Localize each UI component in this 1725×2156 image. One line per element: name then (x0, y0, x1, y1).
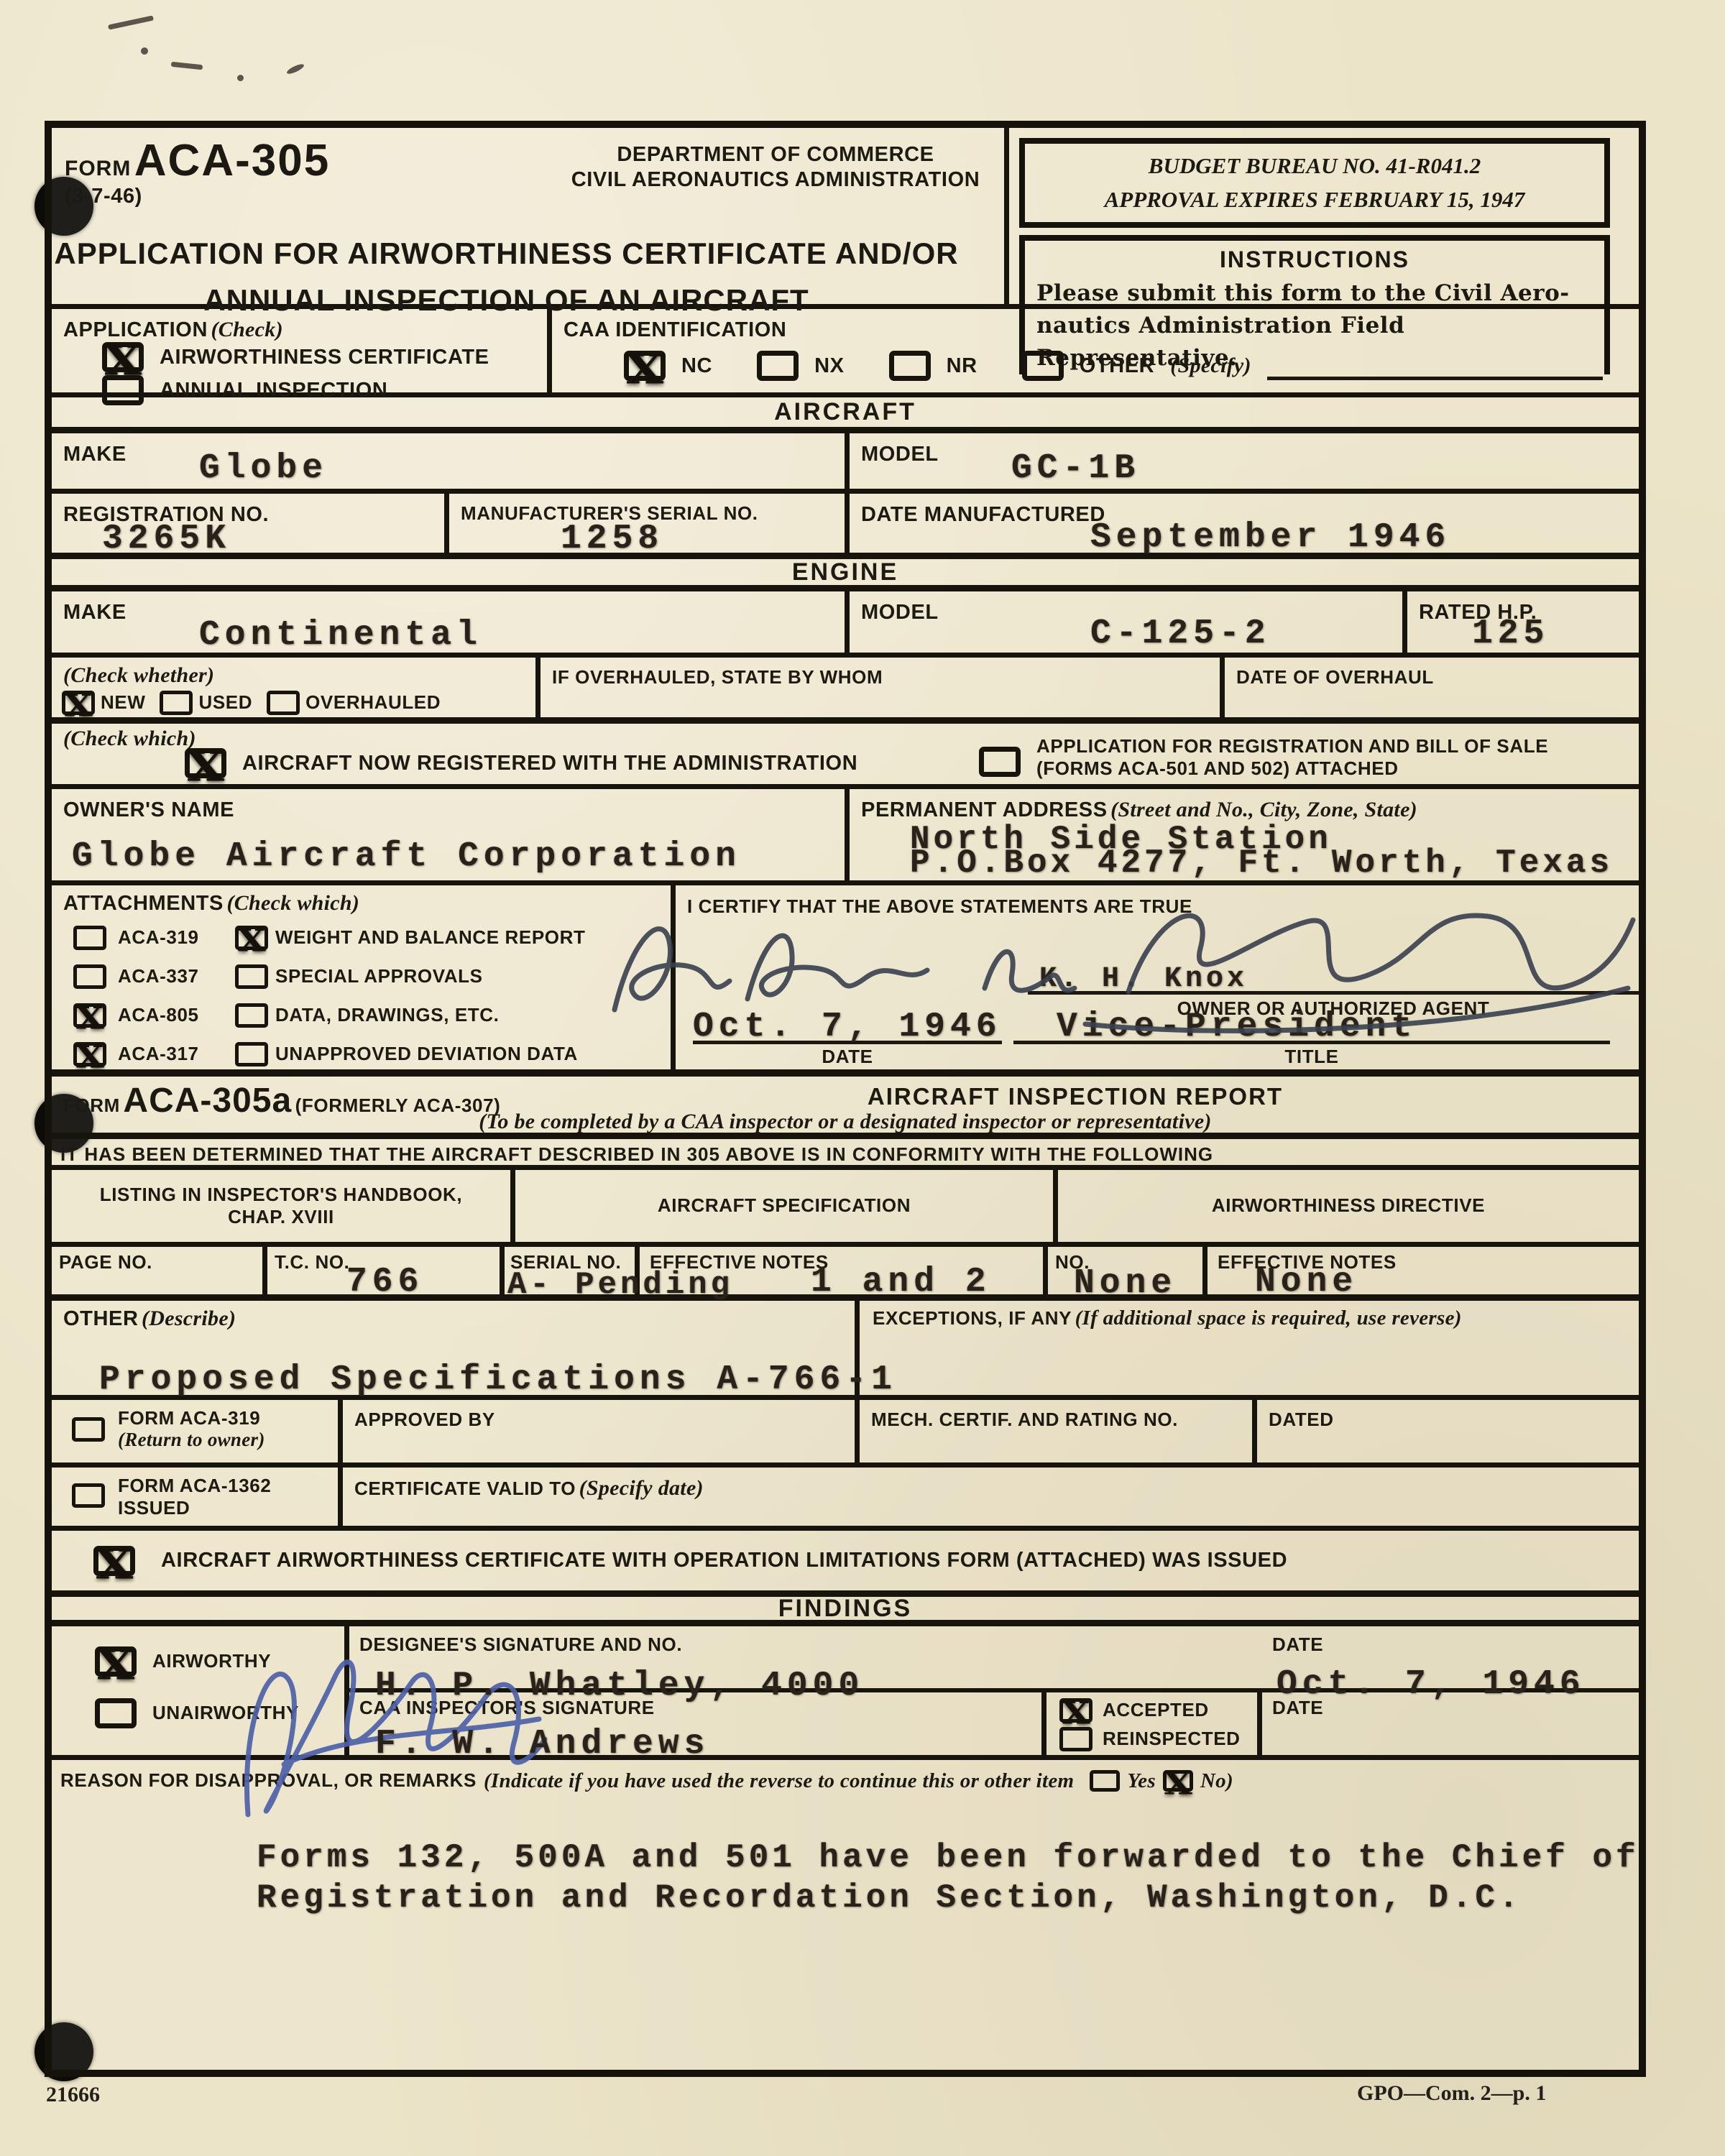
pencil-mark (108, 15, 154, 29)
findings-date-value: Oct. 7, 1946 (1276, 1665, 1586, 1704)
aca-1362-row: FORM ACA-1362 ISSUED CERTIFICATE VALID T… (52, 1468, 1639, 1531)
budget-bureau-no: BUDGET BUREAU NO. 41-R041.2 (1028, 149, 1601, 183)
directive-no-value: None (1074, 1264, 1177, 1303)
registered-label: AIRCRAFT NOW REGISTERED WITH THE ADMINIS… (242, 751, 857, 776)
approval-expires: APPROVAL EXPIRES FEBRUARY 15, 1947 (1028, 183, 1601, 217)
aircraft-model-label: MODEL (861, 443, 939, 466)
inspection-report-subtitle-text: (To be completed by a CAA inspector or a… (479, 1110, 1211, 1133)
engine-condition-options: NEW USED OVERHAULED (62, 691, 441, 715)
mech-certif-label: MECH. CERTIF. AND RATING NO. (871, 1409, 1178, 1430)
unairworthy-label: UNAIRWORTHY (152, 1702, 299, 1724)
application-attached-line2: (FORMS ACA-501 AND 502) ATTACHED (1036, 757, 1548, 780)
aircraft-registration-row: REGISTRATION NO. 3265K MANUFACTURER'S SE… (52, 494, 1639, 559)
page-no-label: PAGE NO. (59, 1251, 152, 1273)
instructions-title: INSTRUCTIONS (1025, 241, 1604, 273)
certificate-valid-cell: CERTIFICATE VALID TO (Specify date) (343, 1468, 1639, 1526)
accepted-option: ACCEPTED (1059, 1698, 1209, 1723)
overhauled-by-whom-label: IF OVERHAULED, STATE BY WHOM (552, 666, 883, 688)
inspection-report-subtitle: (To be completed by a CAA inspector or a… (52, 1110, 1639, 1134)
directive-no-cell: NO. None (1048, 1247, 1207, 1294)
caa-id-options: NC NX NR OTHER (Specify) (624, 351, 1603, 381)
certificate-issued-label: AIRCRAFT AIRWORTHINESS CERTIFICATE WITH … (161, 1548, 1287, 1573)
other-describe-italic: (Describe) (142, 1307, 236, 1330)
tc-no-value: 766 (346, 1263, 423, 1302)
form-aca-319-checkbox (72, 1417, 105, 1442)
overhauled-checkbox (267, 691, 300, 715)
used-label: USED (198, 691, 252, 714)
date-manufactured-cell: DATE MANUFACTURED September 1946 (850, 494, 1639, 553)
handbook-header-cell: LISTING IN INSPECTOR'S HANDBOOK, CHAP. X… (52, 1170, 515, 1242)
permanent-address-label: PERMANENT ADDRESS (861, 798, 1108, 821)
engine-make-cell: MAKE Continental (52, 591, 850, 653)
date-of-overhaul-cell: DATE OF OVERHAUL (1225, 658, 1639, 717)
nx-label: NX (814, 354, 845, 379)
findings-table: AIRWORTHY UNAIRWORTHY DESIGNEE'S SIGNATU… (52, 1626, 1639, 1760)
reason-cell: REASON FOR DISAPPROVAL, OR REMARKS (Indi… (52, 1760, 1639, 1802)
designee-signature-value: H. P. Whatley, 4000 (375, 1667, 864, 1705)
certificate-valid-italic: (Specify date) (579, 1476, 704, 1500)
attachment-aca317: ACA-317 (73, 1042, 199, 1067)
attachments-cell: ATTACHMENTS (Check which) ACA-319 ACA-33… (52, 885, 676, 1069)
application-attached-label: APPLICATION FOR REGISTRATION AND BILL OF… (1036, 735, 1548, 780)
reason-italic: (Indicate if you have used the reverse t… (484, 1769, 1074, 1793)
determined-row: IT HAS BEEN DETERMINED THAT THE AIRCRAFT… (52, 1139, 1639, 1170)
reason-row: REASON FOR DISAPPROVAL, OR REMARKS (Indi… (52, 1760, 1639, 1802)
engine-make-label: MAKE (63, 601, 126, 624)
determined-cell: IT HAS BEEN DETERMINED THAT THE AIRCRAFT… (52, 1139, 1639, 1165)
unapproved-deviation-checkbox (235, 1042, 268, 1067)
unapproved-deviation-label: UNAPPROVED DEVIATION DATA (275, 1043, 578, 1065)
certificate-issued-cell: AIRCRAFT AIRWORTHINESS CERTIFICATE WITH … (52, 1546, 1639, 1576)
date-manufactured-label: DATE MANUFACTURED (861, 503, 1105, 526)
cert-date-group: Oct. 7, 1946 DATE (693, 1008, 1002, 1068)
registration-no-value: 3265K (102, 520, 231, 558)
directive-header-text: AIRWORTHINESS DIRECTIVE (1212, 1194, 1485, 1217)
form-aca-1362-labels: FORM ACA-1362 ISSUED (118, 1475, 271, 1519)
application-label-italic: (Check) (211, 318, 282, 341)
accepted-checkbox (1059, 1698, 1092, 1723)
certification-cell: I CERTIFY THAT THE ABOVE STATEMENTS ARE … (676, 885, 1639, 1069)
aircraft-make-label: MAKE (63, 443, 126, 466)
certificate-issued-row: AIRCRAFT AIRWORTHINESS CERTIFICATE WITH … (52, 1531, 1639, 1597)
nc-label: NC (681, 354, 712, 379)
cert-title-label: TITLE (1013, 1046, 1610, 1068)
registered-option: AIRCRAFT NOW REGISTERED WITH THE ADMINIS… (185, 748, 857, 778)
spec-notes-value: 1 and 2 (811, 1263, 991, 1302)
form-border: FORM ACA-305 (3-7-46) DEPARTMENT OF COMM… (45, 121, 1646, 2077)
form-aca-319-italic: (Return to owner) (118, 1429, 265, 1451)
nx-checkbox (757, 351, 799, 381)
pencil-mark (237, 75, 244, 81)
exceptions-label: EXCEPTIONS, IF ANY (873, 1307, 1072, 1329)
serial-no-cell: MANUFACTURER'S SERIAL NO. 1258 (449, 494, 850, 553)
department-heading: DEPARTMENT OF COMMERCE CIVIL AERONAUTICS… (571, 142, 980, 193)
mech-certif-cell: MECH. CERTIF. AND RATING NO. (860, 1400, 1257, 1462)
aca-319-row: FORM ACA-319 (Return to owner) APPROVED … (52, 1400, 1639, 1468)
approved-by-label: APPROVED BY (354, 1409, 495, 1430)
form-id: FORM ACA-305 (3-7-46) (65, 141, 330, 209)
accepted-cell: ACCEPTED REINSPECTED (1046, 1692, 1262, 1755)
attachments-certification-row: ATTACHMENTS (Check which) ACA-319 ACA-33… (52, 885, 1639, 1077)
other-exceptions-row: OTHER (Describe) Proposed Specifications… (52, 1301, 1639, 1400)
aca-319-checkbox (73, 926, 106, 950)
aca-337-label: ACA-337 (118, 965, 199, 987)
determined-text: IT HAS BEEN DETERMINED THAT THE AIRCRAFT… (60, 1143, 1213, 1166)
check-which-label: (Check which) (63, 727, 196, 750)
exceptions-italic: (If additional space is required, use re… (1075, 1307, 1462, 1330)
address-line2: P.O.Box 4277, Ft. Worth, Texas (910, 844, 1613, 882)
engine-make-value: Continental (199, 616, 482, 655)
form-word: FORM (65, 157, 131, 180)
aca-317-label: ACA-317 (118, 1043, 199, 1065)
other-describe-label: OTHER (63, 1307, 139, 1330)
application-cell: APPLICATION (Check) AIRWORTHINESS CERTIF… (52, 309, 552, 392)
aircraft-make-model-row: MAKE Globe MODEL GC-1B (52, 433, 1639, 494)
attachment-unapproved-deviation: UNAPPROVED DEVIATION DATA (235, 1042, 578, 1067)
cert-title-group: Vice-President TITLE (1013, 1008, 1610, 1068)
dated-cell: DATED (1257, 1400, 1639, 1462)
dept-line2: CIVIL AERONAUTICS ADMINISTRATION (571, 167, 980, 193)
owner-name-cell: OWNER'S NAME Globe Aircraft Corporation (52, 789, 850, 880)
pencil-mark (171, 62, 203, 70)
aca-305a-header-cell: FORM ACA-305a (FORMERLY ACA-307) AIRCRAF… (52, 1077, 1639, 1133)
designee-signature-label: DESIGNEE'S SIGNATURE AND NO. (359, 1634, 682, 1656)
engine-model-label: MODEL (861, 601, 939, 624)
other-checkbox (1022, 351, 1064, 381)
nr-checkbox (889, 351, 931, 381)
check-whether-label: (Check whether) (63, 663, 214, 687)
owner-name-value: Globe Aircraft Corporation (72, 837, 741, 876)
engine-condition-row: (Check whether) NEW USED OVERHAULED IF O… (52, 658, 1639, 724)
inspection-report-title-text: AIRCRAFT INSPECTION REPORT (868, 1083, 1283, 1110)
application-attached-line1: APPLICATION FOR REGISTRATION AND BILL OF… (1036, 735, 1548, 757)
attachment-data-drawings: DATA, DRAWINGS, ETC. (235, 1003, 499, 1028)
findings-date-cell: DATE Oct. 7, 1946 (1262, 1626, 1639, 1692)
aircraft-make-value: Globe (199, 449, 328, 488)
aca-317-checkbox (73, 1042, 106, 1067)
spec-serial-value: A- Pending (507, 1267, 733, 1303)
tc-no-label: T.C. NO. (275, 1251, 349, 1273)
remarks-area: Forms 132, 500A and 501 have been forwar… (52, 1802, 1639, 2070)
directive-notes-cell: EFFECTIVE NOTES None (1207, 1247, 1639, 1294)
aca-319-return-cell: FORM ACA-319 (Return to owner) (52, 1400, 343, 1462)
aca-805-label: ACA-805 (118, 1004, 199, 1026)
unairworthy-checkbox (95, 1698, 137, 1728)
spec-serial-cell: SERIAL NO. A- Pending (505, 1247, 640, 1294)
rated-hp-value: 125 (1472, 614, 1549, 653)
reinspected-checkbox (1059, 1727, 1092, 1751)
registered-checkbox (185, 748, 226, 778)
approved-by-cell: APPROVED BY (343, 1400, 860, 1462)
tc-no-cell: T.C. NO. 766 (267, 1247, 505, 1294)
form-aca-319-labels: FORM ACA-319 (Return to owner) (118, 1407, 265, 1451)
reason-no-label: No) (1200, 1769, 1233, 1793)
dept-line1: DEPARTMENT OF COMMERCE (571, 142, 980, 167)
form-aca-1362-checkbox (72, 1483, 105, 1508)
exceptions-cell: EXCEPTIONS, IF ANY (If additional space … (860, 1301, 1639, 1395)
certify-statement: I CERTIFY THAT THE ABOVE STATEMENTS ARE … (687, 895, 1192, 917)
accepted-label: ACCEPTED (1103, 1699, 1209, 1721)
check-whether-cell: (Check whether) NEW USED OVERHAULED (52, 658, 540, 717)
rated-hp-cell: RATED H.P. 125 (1407, 591, 1639, 653)
application-caa-row: APPLICATION (Check) AIRWORTHINESS CERTIF… (52, 309, 1639, 397)
inspection-report-title: AIRCRAFT INSPECTION REPORT (512, 1082, 1639, 1111)
attachment-aca337: ACA-337 (73, 964, 199, 989)
directive-notes-value: None (1255, 1263, 1358, 1302)
reason-label: REASON FOR DISAPPROVAL, OR REMARKS (60, 1769, 477, 1792)
footer-serial: 21666 (46, 2083, 100, 2107)
data-drawings-label: DATA, DRAWINGS, ETC. (275, 1004, 499, 1026)
form-aca-1362-issued: ISSUED (118, 1497, 271, 1519)
attachments-italic: (Check which) (226, 891, 359, 915)
unairworthy-option: UNAIRWORTHY (95, 1698, 299, 1728)
header-right: BUDGET BUREAU NO. 41-R041.2 APPROVAL EXP… (1009, 128, 1639, 304)
airworthy-cell: AIRWORTHY UNAIRWORTHY (52, 1626, 349, 1755)
other-describe-cell: OTHER (Describe) Proposed Specifications… (52, 1301, 860, 1395)
designee-signature-cell: DESIGNEE'S SIGNATURE AND NO. H. P. Whatl… (349, 1626, 1262, 1692)
data-drawings-checkbox (235, 1003, 268, 1028)
weight-balance-label: WEIGHT AND BALANCE REPORT (275, 926, 585, 949)
engine-section-title: ENGINE (792, 558, 898, 587)
inspector-signature-value: F. W. Andrews (375, 1725, 709, 1764)
special-approvals-checkbox (235, 964, 268, 989)
nc-checkbox (624, 351, 666, 381)
instructions-line1: Please submit this form to the Civil Aer… (1036, 277, 1593, 310)
engine-section-bar: ENGINE (52, 559, 1639, 591)
airworthiness-certificate-checkbox (102, 342, 144, 372)
cert-date-value: Oct. 7, 1946 (693, 1008, 1002, 1046)
attachment-special-approvals: SPECIAL APPROVALS (235, 964, 483, 989)
special-approvals-label: SPECIAL APPROVALS (275, 965, 483, 987)
new-label: NEW (101, 691, 145, 714)
other-label: OTHER (1080, 354, 1155, 379)
aircraft-section-bar: AIRCRAFT (52, 397, 1639, 433)
pencil-mark (141, 47, 148, 55)
remarks-line2: Registration and Recordation Section, Wa… (257, 1879, 1522, 1917)
other-specify-italic: (Specify) (1170, 354, 1251, 378)
airworthy-label: AIRWORTHY (152, 1650, 271, 1672)
header-left: FORM ACA-305 (3-7-46) DEPARTMENT OF COMM… (52, 128, 1009, 304)
aircraft-model-value: GC-1B (1011, 449, 1140, 488)
conformity-table-header: LISTING IN INSPECTOR'S HANDBOOK, CHAP. X… (52, 1170, 1639, 1247)
attachment-wb-report: WEIGHT AND BALANCE REPORT (235, 926, 585, 950)
permanent-address-cell: PERMANENT ADDRESS (Street and No., City,… (850, 789, 1639, 880)
application-attached-checkbox (979, 747, 1021, 777)
engine-model-cell: MODEL C-125-2 (850, 591, 1407, 653)
airworthiness-certificate-option: AIRWORTHINESS CERTIFICATE (102, 342, 489, 372)
findings-section-bar: FINDINGS (52, 1597, 1639, 1626)
pencil-mark (286, 63, 305, 75)
form-number: ACA-305 (134, 136, 330, 185)
used-checkbox (160, 691, 193, 715)
form-title-line1: APPLICATION FOR AIRWORTHINESS CERTIFICAT… (52, 230, 961, 277)
engine-model-value: C-125-2 (1090, 614, 1271, 653)
airworthy-option: AIRWORTHY (95, 1646, 271, 1677)
directive-header-cell: AIRWORTHINESS DIRECTIVE (1058, 1170, 1639, 1242)
owner-address-row: OWNER'S NAME Globe Aircraft Corporation … (52, 789, 1639, 885)
airworthiness-certificate-label: AIRWORTHINESS CERTIFICATE (160, 345, 489, 370)
header-row: FORM ACA-305 (3-7-46) DEPARTMENT OF COMM… (52, 128, 1639, 309)
serial-no-value: 1258 (561, 520, 663, 558)
other-specify-line (1267, 352, 1603, 380)
airworthy-checkbox (95, 1646, 137, 1677)
cert-date-label: DATE (693, 1046, 1002, 1068)
overhauled-by-whom-cell: IF OVERHAULED, STATE BY WHOM (540, 658, 1225, 717)
scanned-form-aca-305: FORM ACA-305 (3-7-46) DEPARTMENT OF COMM… (0, 0, 1725, 2156)
new-checkbox (62, 691, 95, 715)
conformity-table-values: PAGE NO. T.C. NO. 766 SERIAL NO. A- Pend… (52, 1247, 1639, 1301)
nr-label: NR (947, 354, 977, 379)
aca-305a-header-row: FORM ACA-305a (FORMERLY ACA-307) AIRCRAF… (52, 1077, 1639, 1139)
certificate-issued-checkbox (93, 1546, 135, 1576)
reason-yes-checkbox (1090, 1770, 1120, 1792)
date-manufactured-value: September 1946 (1090, 518, 1450, 557)
other-describe-value: Proposed Specifications A-766-1 (99, 1360, 897, 1399)
attachment-aca319: ACA-319 (73, 926, 199, 950)
attachment-aca805: ACA-805 (73, 1003, 199, 1028)
aca-1362-issued-cell: FORM ACA-1362 ISSUED (52, 1468, 343, 1526)
remarks-line1: Forms 132, 500A and 501 have been forwar… (257, 1839, 1639, 1876)
registration-status-cell: (Check which) AIRCRAFT NOW REGISTERED WI… (52, 724, 1639, 784)
spec-header-text: AIRCRAFT SPECIFICATION (658, 1194, 911, 1217)
weight-balance-checkbox (235, 926, 268, 950)
reinspected-option: REINSPECTED (1059, 1727, 1241, 1751)
caa-identification-label: CAA IDENTIFICATION (563, 318, 786, 341)
page-no-cell: PAGE NO. (52, 1247, 267, 1294)
spec-header-cell: AIRCRAFT SPECIFICATION (515, 1170, 1058, 1242)
footer-gpo: GPO—Com. 2—p. 1 (1357, 2081, 1546, 2106)
form-revision-date: (3-7-46) (65, 184, 330, 209)
date-of-overhaul-label: DATE OF OVERHAUL (1236, 666, 1434, 688)
aircraft-section-title: AIRCRAFT (774, 397, 916, 427)
caa-identification-cell: CAA IDENTIFICATION NC NX NR OTHER (Speci… (552, 309, 1639, 392)
form-aca-319-label: FORM ACA-319 (118, 1407, 265, 1429)
owner-name-label: OWNER'S NAME (63, 798, 234, 821)
aca-319-label: ACA-319 (118, 926, 199, 949)
reinspected-label: REINSPECTED (1103, 1728, 1241, 1750)
overhauled-label: OVERHAULED (305, 691, 441, 714)
registration-no-cell: REGISTRATION NO. 3265K (52, 494, 449, 553)
dated-label: DATED (1269, 1409, 1334, 1430)
engine-make-model-row: MAKE Continental MODEL C-125-2 RATED H.P… (52, 591, 1639, 658)
certificate-valid-label: CERTIFICATE VALID TO (354, 1478, 576, 1499)
form-aca-1362-label: FORM ACA-1362 (118, 1475, 271, 1497)
reason-no-checkbox (1163, 1770, 1193, 1792)
aca-805-checkbox (73, 1003, 106, 1028)
registration-status-row: (Check which) AIRCRAFT NOW REGISTERED WI… (52, 724, 1639, 789)
budget-bureau-box: BUDGET BUREAU NO. 41-R041.2 APPROVAL EXP… (1019, 138, 1610, 228)
handbook-header-line1: LISTING IN INSPECTOR'S HANDBOOK, (100, 1184, 463, 1206)
aircraft-make-cell: MAKE Globe (52, 433, 850, 489)
aircraft-model-cell: MODEL GC-1B (850, 433, 1639, 489)
findings-date-label: DATE (1272, 1634, 1323, 1656)
aca-337-checkbox (73, 964, 106, 989)
attachments-label: ATTACHMENTS (63, 892, 224, 915)
application-attached-option: APPLICATION FOR REGISTRATION AND BILL OF… (979, 735, 1548, 780)
handbook-header-line2: CHAP. XVIII (228, 1206, 334, 1228)
permanent-address-italic: (Street and No., City, Zone, State) (1110, 798, 1417, 821)
reason-yes-label: Yes (1127, 1769, 1156, 1793)
findings-section-title: FINDINGS (778, 1594, 912, 1623)
